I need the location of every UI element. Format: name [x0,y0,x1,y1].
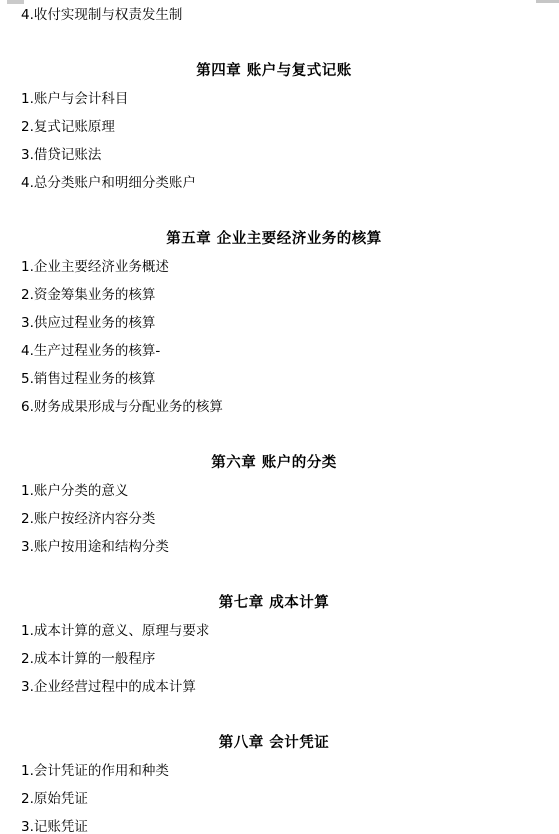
toc-item: 5.销售过程业务的核算 [21,365,527,393]
toc-item: 3.账户按用途和结构分类 [21,533,527,561]
blank-line [21,421,527,449]
blank-line [21,561,527,589]
toc-item: 3.记账凭证 [21,813,527,834]
chapter-heading: 第五章 企业主要经济业务的核算 [21,225,527,253]
toc-item: 3.企业经营过程中的成本计算 [21,673,527,701]
chapter-heading: 第七章 成本计算 [21,589,527,617]
toc-item: 2.账户按经济内容分类 [21,505,527,533]
chapter-heading: 第八章 会计凭证 [21,729,527,757]
blank-line [21,197,527,225]
toc-item: 2.复式记账原理 [21,113,527,141]
toc-item: 4.总分类账户和明细分类账户 [21,169,527,197]
toc-item: 4.生产过程业务的核算- [21,337,527,365]
chapter-heading: 第四章 账户与复式记账 [21,57,527,85]
toc-item: 3.借贷记账法 [21,141,527,169]
toc-item: 2.成本计算的一般程序 [21,645,527,673]
toc-item: 4.收付实现制与权责发生制 [21,1,527,29]
toc-item: 2.原始凭证 [21,785,527,813]
document-page: 4.收付实现制与权责发生制第四章 账户与复式记账1.账户与会计科目2.复式记账原… [0,0,559,834]
toc-item: 1.账户分类的意义 [21,477,527,505]
toc-item: 3.供应过程业务的核算 [21,309,527,337]
chapter-heading: 第六章 账户的分类 [21,449,527,477]
toc-item: 1.账户与会计科目 [21,85,527,113]
document-content: 4.收付实现制与权责发生制第四章 账户与复式记账1.账户与会计科目2.复式记账原… [0,1,559,834]
toc-item: 2.资金筹集业务的核算 [21,281,527,309]
toc-item: 1.会计凭证的作用和种类 [21,757,527,785]
blank-line [21,701,527,729]
toc-item: 1.企业主要经济业务概述 [21,253,527,281]
toc-item: 1.成本计算的意义、原理与要求 [21,617,527,645]
blank-line [21,29,527,57]
toc-item: 6.财务成果形成与分配业务的核算 [21,393,527,421]
